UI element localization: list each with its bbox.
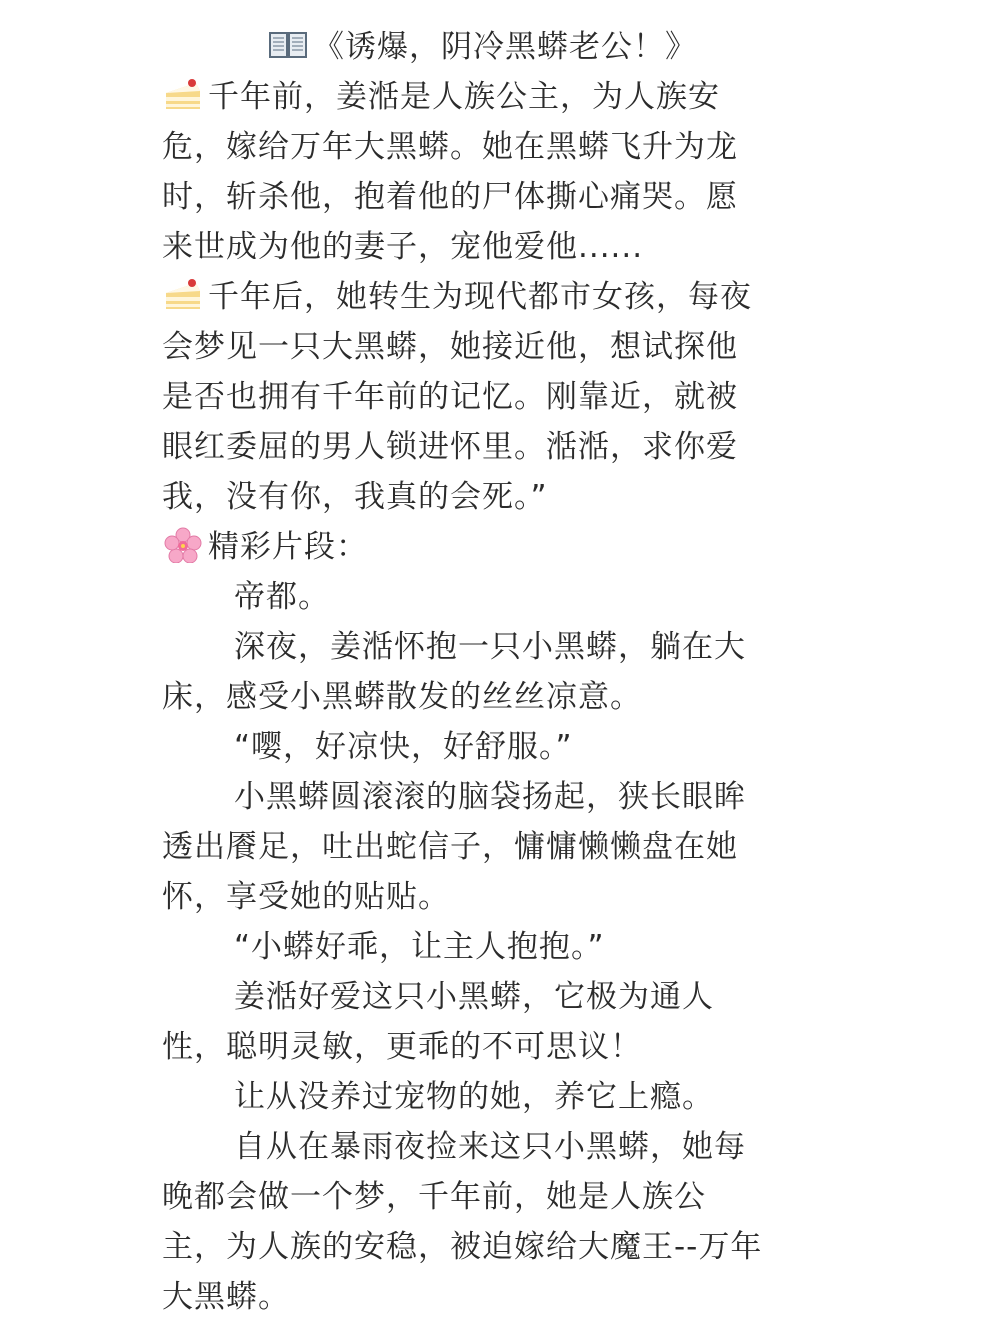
cake-icon [162,77,204,113]
cherry-blossom-icon [162,527,204,563]
excerpt-heading: 精彩片段： [162,522,842,572]
document-page: 《诱爆，阴冷黑蟒老公！》 千年前，姜湉是人族公主，为人族安 危，嫁给万年大黑蟒。… [162,22,842,1322]
book-title-line: 《诱爆，阴冷黑蟒老公！》 [142,22,822,72]
synopsis-paragraph-2: 千年后，她转生为现代都市女孩，每夜 会梦见一只大黑蟒，她接近他，想试探他 是否也… [162,272,842,522]
excerpt-body: 帝都。 深夜，姜湉怀抱一只小黑蟒，躺在大 床，感受小黑蟒散发的丝丝凉意。 “嘤，… [162,572,842,1322]
synopsis-paragraph-1: 千年前，姜湉是人族公主，为人族安 危，嫁给万年大黑蟒。她在黑蟒飞升为龙 时，斩杀… [162,72,842,272]
cake-icon [162,277,204,313]
book-title: 《诱爆，阴冷黑蟒老公！》 [313,29,697,65]
open-book-icon [267,27,309,63]
